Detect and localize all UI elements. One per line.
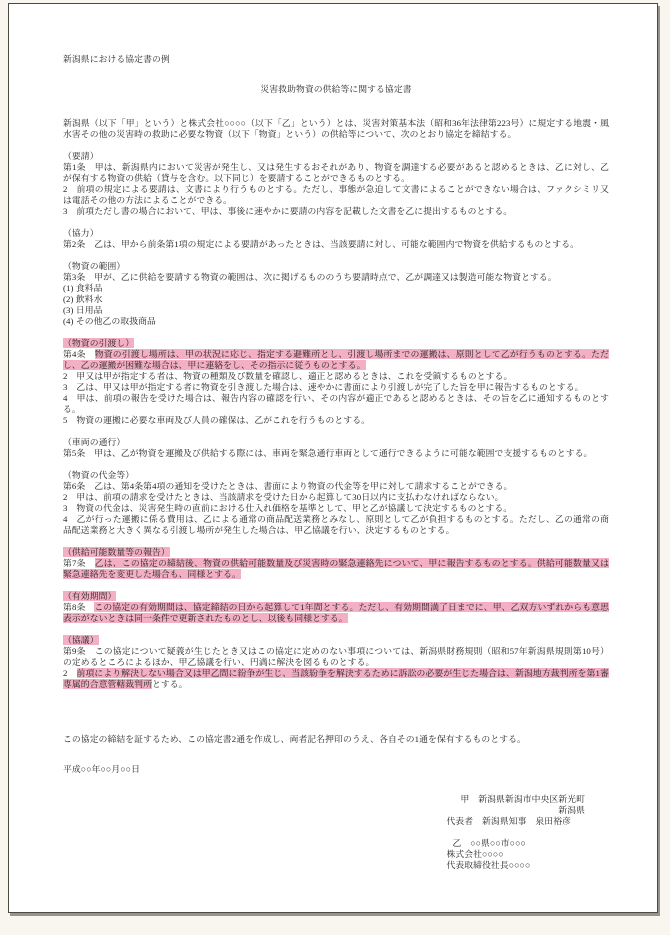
text-segment: 3 乙は、甲又は甲が指定する者に物資を引き渡した場合は、速やかに書面により引渡し… xyxy=(63,382,584,392)
paragraph: 第9条 この協定について疑義が生じたとき又はこの協定に定めのない事項については、… xyxy=(63,646,609,668)
section: （協力）第2条 乙は、甲から前条第1項の規定による要請があったときは、当該要請に… xyxy=(63,228,609,250)
section: （有効期間）第8条 この協定の有効期間は、協定締結の日から起算して1年間とする。… xyxy=(63,591,609,624)
document-note: 新潟県における協定書の例 xyxy=(63,54,609,65)
section: （物資の範囲）第3条 甲が、乙に供給を要請する物資の範囲は、次に掲げるもののうち… xyxy=(63,261,609,327)
paragraph: 2 甲又は甲が指定する者は、物資の種類及び数量を確認し、適正と認めるときは、これ… xyxy=(63,371,609,382)
text-segment: 第4条 xyxy=(63,349,95,359)
paragraph: (2) 飲料水 xyxy=(63,294,609,305)
document-title: 災害救助物資の供給等に関する協定書 xyxy=(63,84,609,95)
paragraph: 第5条 甲は、乙が物資を運搬及び供給する際には、車両を緊急通行車両として通行でき… xyxy=(63,448,609,459)
paragraph: 第1条 甲は、新潟県内において災害が発生し、又は発生するおそれがあり、物資を調達… xyxy=(63,162,609,184)
text-segment: 第5条 甲は、乙が物資を運搬及び供給する際には、車両を緊急通行車両として通行でき… xyxy=(63,448,592,458)
document-intro: 新潟県（以下「甲」という）と株式会社○○○○（以下「乙」という）とは、災害対策基… xyxy=(63,118,609,140)
paragraph: 3 前項ただし書の場合において、甲は、事後に速やかに要請の内容を記載した文書を乙… xyxy=(63,206,609,217)
section-heading: （要請） xyxy=(63,151,609,162)
text-segment: 2 前項の規定による要請は、文書により行うものとする。ただし、事態が急迫して文書… xyxy=(63,184,609,205)
heading-text: （車両の通行） xyxy=(63,437,125,447)
text-segment: 第7条 xyxy=(63,558,95,568)
text-segment: (4) その他乙の取扱商品 xyxy=(63,316,156,326)
paragraph: 2 前項の規定による要請は、文書により行うものとする。ただし、事態が急迫して文書… xyxy=(63,184,609,206)
paragraph: (3) 日用品 xyxy=(63,305,609,316)
text-segment: 3 物資の代金は、災害発生時の直前における仕入れ価格を基準として、甲と乙が協議し… xyxy=(63,503,512,513)
section-heading: （車両の通行） xyxy=(63,437,609,448)
paragraph: 第4条 物資の引渡し場所は、甲の状況に応じ、指定する避難所とし、引渡し場所までの… xyxy=(63,349,609,371)
paragraph: 第3条 甲が、乙に供給を要請する物資の範囲は、次に掲げるもののうち要請時点で、乙… xyxy=(63,272,609,283)
heading-text: （物資の範囲） xyxy=(63,261,125,271)
paragraph: 4 甲は、前項の報告を受けた場合は、報告内容の確認を行い、その内容が適正であると… xyxy=(63,393,609,415)
highlighted-heading-text: （物資の引渡し） xyxy=(63,338,134,348)
party-a-address: 甲 新潟県新潟市中央区新光町 xyxy=(446,794,585,805)
text-segment: 第3条 甲が、乙に供給を要請する物資の範囲は、次に掲げるもののうち要請時点で、乙… xyxy=(63,272,557,282)
party-b-address: 乙 ○○県○○市○○○ xyxy=(446,838,585,849)
paragraph: 4 乙が行った運搬に係る費用は、乙による通常の商品配送業務とみなし、原則として乙… xyxy=(63,514,609,536)
section-heading: （有効期間） xyxy=(63,591,609,602)
highlighted-text: 物資の引渡し場所は、甲の状況に応じ、指定する避難所とし、引渡し場所までの運搬は、… xyxy=(63,349,609,370)
paragraph: (1) 食料品 xyxy=(63,283,609,294)
text-segment: 4 乙が行った運搬に係る費用は、乙による通常の商品配送業務とみなし、原則として乙… xyxy=(63,514,609,535)
heading-text: （協力） xyxy=(63,228,99,238)
document-content: 新潟県における協定書の例 災害救助物資の供給等に関する協定書 新潟県（以下「甲」… xyxy=(9,4,657,871)
section-heading: （協力） xyxy=(63,228,609,239)
text-segment: 第2条 乙は、甲から前条第1項の規定による要請があったときは、当該要請に対し、可… xyxy=(63,239,579,249)
highlighted-heading-text: （供給可能数量等の報告） xyxy=(63,547,170,557)
signature-gap xyxy=(446,827,585,838)
text-segment: 第9条 この協定について疑義が生じたとき又はこの協定に定めのない事項については、… xyxy=(63,646,609,667)
signature-block: 甲 新潟県新潟市中央区新光町 新潟県 代表者 新潟県知事 泉田裕彦 乙 ○○県○… xyxy=(446,794,585,871)
section-heading: （協議） xyxy=(63,635,609,646)
party-a-representative: 代表者 新潟県知事 泉田裕彦 xyxy=(446,816,585,827)
sections: （要請）第1条 甲は、新潟県内において災害が発生し、又は発生するおそれがあり、物… xyxy=(63,151,609,690)
section-heading: （供給可能数量等の報告） xyxy=(63,547,609,558)
section: （物資の代金等）第6条 乙は、第4条第4項の通知を受けたときは、書面により物資の… xyxy=(63,470,609,536)
text-segment: 第6条 乙は、第4条第4項の通知を受けたときは、書面により物資の代金等を甲に対し… xyxy=(63,481,512,491)
text-segment: 第8条 xyxy=(63,602,94,612)
paragraph: 第6条 乙は、第4条第4項の通知を受けたときは、書面により物資の代金等を甲に対し… xyxy=(63,481,609,492)
party-b-company: 株式会社○○○○ xyxy=(446,849,585,860)
section-heading: （物資の代金等） xyxy=(63,470,609,481)
text-segment: 3 前項ただし書の場合において、甲は、事後に速やかに要請の内容を記載した文書を乙… xyxy=(63,206,512,216)
closing-statement: この協定の締結を証するため、この協定書2通を作成し、両者記名押印のうえ、各自その… xyxy=(63,734,609,745)
highlighted-text: 乙は、この協定の締結後、物資の供給可能数量及び災害時の緊急連絡先について、甲に報… xyxy=(63,558,609,579)
highlighted-heading-text: （協議） xyxy=(63,635,99,645)
paragraph: 3 物資の代金は、災害発生時の直前における仕入れ価格を基準として、甲と乙が協議し… xyxy=(63,503,609,514)
paragraph: 2 前項により解決しない場合又は甲乙間に紛争が生じ、当該紛争を解決するために訴訟… xyxy=(63,668,609,690)
paragraph: (4) その他乙の取扱商品 xyxy=(63,316,609,327)
section: （車両の通行）第5条 甲は、乙が物資を運搬及び供給する際には、車両を緊急通行車両… xyxy=(63,437,609,459)
text-segment: (1) 食料品 xyxy=(63,283,103,293)
highlighted-text: 前項により解決しない場合又は甲乙間に紛争が生じ、当該紛争を解決するために訴訟の必… xyxy=(63,668,609,689)
section: （供給可能数量等の報告）第7条 乙は、この協定の締結後、物資の供給可能数量及び災… xyxy=(63,547,609,580)
paragraph: 5 物資の運搬に必要な車両及び人員の確保は、乙がこれを行うものとする。 xyxy=(63,415,609,426)
section: （協議）第9条 この協定について疑義が生じたとき又はこの協定に定めのない事項につ… xyxy=(63,635,609,690)
text-segment: 2 甲は、前項の請求を受けたときは、当該請求を受けた日から起算して30日以内に支… xyxy=(63,492,504,502)
text-segment: (2) 飲料水 xyxy=(63,294,103,304)
text-segment: 第1条 甲は、新潟県内において災害が発生し、又は発生するおそれがあり、物資を調達… xyxy=(63,162,609,183)
paragraph: 第2条 乙は、甲から前条第1項の規定による要請があったときは、当該要請に対し、可… xyxy=(63,239,609,250)
highlighted-heading-text: （有効期間） xyxy=(63,591,116,601)
text-segment: 2 xyxy=(63,668,77,678)
text-segment: とする。 xyxy=(152,679,188,689)
party-a-name: 新潟県 xyxy=(446,805,585,816)
party-b-representative: 代表取締役社長○○○○ xyxy=(446,860,585,871)
highlighted-text: この協定の有効期間は、協定締結の日から起算して1年間とする。ただし、有効期間満了… xyxy=(63,602,609,623)
paragraph: 3 乙は、甲又は甲が指定する者に物資を引き渡した場合は、速やかに書面により引渡し… xyxy=(63,382,609,393)
section-heading: （物資の引渡し） xyxy=(63,338,609,349)
text-segment: 4 甲は、前項の報告を受けた場合は、報告内容の確認を行い、その内容が適正であると… xyxy=(63,393,609,414)
section-heading: （物資の範囲） xyxy=(63,261,609,272)
text-segment: 5 物資の運搬に必要な車両及び人員の確保は、乙がこれを行うものとする。 xyxy=(63,415,370,425)
paragraph: 2 甲は、前項の請求を受けたときは、当該請求を受けた日から起算して30日以内に支… xyxy=(63,492,609,503)
document-date: 平成○○年○○月○○日 xyxy=(63,764,609,775)
heading-text: （物資の代金等） xyxy=(63,470,134,480)
paragraph: 第7条 乙は、この協定の締結後、物資の供給可能数量及び災害時の緊急連絡先について… xyxy=(63,558,609,580)
document-page: 新潟県における協定書の例 災害救助物資の供給等に関する協定書 新潟県（以下「甲」… xyxy=(8,3,658,913)
paragraph: 第8条 この協定の有効期間は、協定締結の日から起算して1年間とする。ただし、有効… xyxy=(63,602,609,624)
section: （要請）第1条 甲は、新潟県内において災害が発生し、又は発生するおそれがあり、物… xyxy=(63,151,609,217)
text-segment: (3) 日用品 xyxy=(63,305,103,315)
section: （物資の引渡し）第4条 物資の引渡し場所は、甲の状況に応じ、指定する避難所とし、… xyxy=(63,338,609,426)
text-segment: 2 甲又は甲が指定する者は、物資の種類及び数量を確認し、適正と認めるときは、これ… xyxy=(63,371,512,381)
heading-text: （要請） xyxy=(63,151,99,161)
